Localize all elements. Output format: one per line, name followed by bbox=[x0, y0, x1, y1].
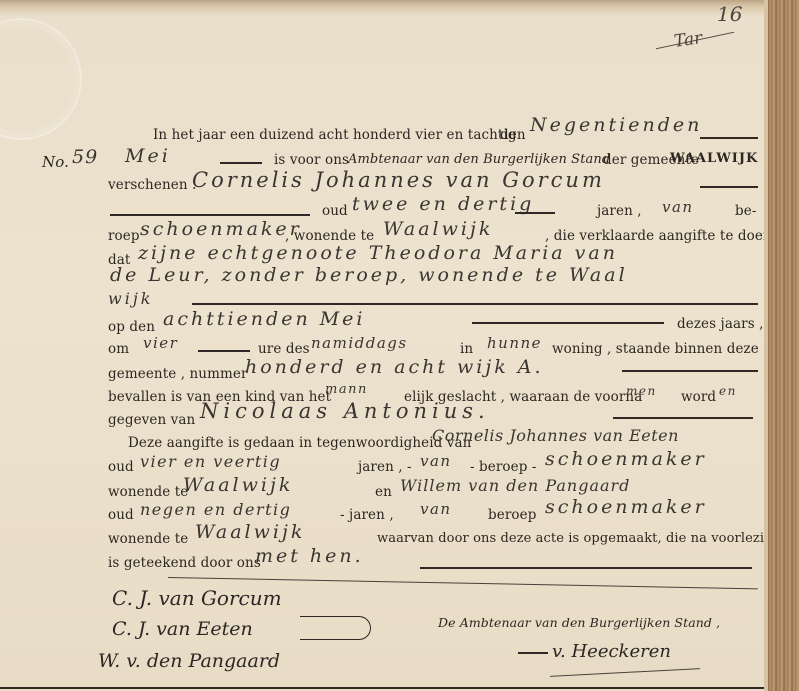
hand-witness1-profession: schoenmaker bbox=[545, 448, 707, 470]
fill-line bbox=[613, 417, 753, 419]
hand-witness2-name: Willem van den Pangaard bbox=[400, 476, 630, 495]
municipality-name: WAALWIJK bbox=[670, 151, 758, 166]
fill-line bbox=[622, 370, 758, 372]
hand-witness1-residence: Waalwijk bbox=[183, 474, 293, 496]
hand-voornamen-suffix: men bbox=[626, 384, 657, 398]
label-den: den bbox=[500, 127, 526, 143]
hand-hunne: hunne bbox=[487, 334, 542, 352]
printed-gegeven-van: gegeven van bbox=[108, 412, 195, 428]
fill-line bbox=[472, 322, 664, 324]
entry-number-label: No. bbox=[42, 153, 69, 171]
hand-month: Mei bbox=[125, 145, 171, 167]
hand-daypart: namiddags bbox=[311, 334, 408, 352]
printed-om: om bbox=[108, 341, 129, 357]
printed-beroep: beroep bbox=[488, 507, 536, 523]
hand-met-hen: met hen. bbox=[255, 545, 364, 567]
fill-line bbox=[198, 350, 250, 352]
fill-line bbox=[110, 214, 310, 216]
printed-oud: oud bbox=[108, 507, 134, 523]
hand-witness1-name: Cornelis Johannes van Eeten bbox=[432, 426, 679, 445]
printed-oud: oud bbox=[322, 203, 348, 219]
printed-en: en bbox=[375, 484, 392, 500]
embossed-seal-icon bbox=[0, 18, 82, 140]
printed-woning: woning , staande binnen deze bbox=[552, 341, 759, 357]
hand-house-number: honderd en acht wijk A. bbox=[245, 356, 544, 378]
hand-witness2-profession: schoenmaker bbox=[545, 496, 707, 518]
bottom-rule bbox=[0, 687, 764, 689]
preamble-year: In het jaar een duizend acht honderd vie… bbox=[153, 127, 517, 143]
official-signature-stroke bbox=[518, 652, 548, 654]
hand-declarant-profession: schoenmaker bbox=[140, 218, 302, 240]
hand-van: van bbox=[662, 198, 694, 216]
printed-in: in bbox=[460, 341, 473, 357]
hand-child-names: Nicolaas Antonius. bbox=[200, 399, 490, 423]
signature-declarant: C. J. van Gorcum bbox=[112, 586, 282, 610]
printed-dezes-jaars: dezes jaars , bbox=[677, 316, 764, 332]
signature-flourish bbox=[300, 616, 371, 640]
fill-line bbox=[700, 137, 758, 139]
register-page: 16 Tar In het jaar een duizend acht hond… bbox=[0, 0, 764, 691]
fill-line bbox=[220, 162, 262, 164]
hand-van: van bbox=[420, 500, 452, 518]
hand-declarant-name: Cornelis Johannes van Gorcum bbox=[192, 168, 605, 192]
hand-witness1-age: vier en veertig bbox=[140, 452, 281, 471]
printed-be: be- bbox=[735, 203, 757, 219]
signature-witness2: W. v. den Pangaard bbox=[98, 650, 280, 672]
printed-jaren: jaren , - bbox=[358, 459, 412, 475]
fill-line bbox=[700, 186, 758, 188]
official-title: De Ambtenaar van den Burgerlijken Stand … bbox=[438, 615, 720, 630]
fill-line bbox=[515, 212, 555, 214]
hand-worden-suffix: en bbox=[719, 384, 737, 398]
hand-declarant-age: twee en dertig bbox=[352, 193, 534, 215]
hand-witness2-age: negen en dertig bbox=[140, 500, 291, 519]
printed-waarvan: waarvan door ons deze acte is opgemaakt,… bbox=[377, 531, 781, 546]
printed-oud: oud bbox=[108, 459, 134, 475]
printed-is-voor-ons: is voor ons bbox=[274, 152, 349, 168]
hand-van: van bbox=[420, 452, 452, 470]
printed-gemeente-nummer: gemeente , nummer bbox=[108, 366, 248, 382]
fill-line bbox=[192, 303, 758, 305]
book-page-edges bbox=[764, 0, 799, 691]
hand-day-of-declaration: Negentienden bbox=[530, 114, 702, 136]
printed-verschenen: verschenen : bbox=[108, 177, 197, 193]
folio-number: 16 bbox=[717, 2, 742, 26]
hand-birth-date: achttienden Mei bbox=[163, 308, 366, 330]
hand-witness2-residence: Waalwijk bbox=[195, 521, 305, 543]
hand-mother-line3: wijk bbox=[108, 289, 153, 308]
printed-roep: roep bbox=[108, 228, 140, 244]
printed-aangifte-gedaan: Deze aangifte is gedaan in tegenwoordigh… bbox=[128, 435, 471, 451]
printed-ure-des: ure des bbox=[258, 341, 310, 357]
hand-sex-part1: mann bbox=[325, 382, 368, 397]
hand-mother-line2: de Leur, zonder beroep, wonende te Waal bbox=[110, 264, 628, 286]
printed-wonende-te: wonende te bbox=[108, 531, 188, 547]
hand-birth-hour: vier bbox=[143, 334, 178, 352]
fill-line bbox=[420, 567, 752, 569]
official-signature-underline bbox=[550, 668, 700, 677]
printed-jaren: jaren , bbox=[597, 203, 642, 219]
printed-geteekend: is geteekend door ons bbox=[108, 555, 261, 571]
printed-word: word bbox=[681, 389, 716, 405]
printed-beroep: - beroep - bbox=[470, 459, 537, 475]
printed-jaren: - jaren , bbox=[340, 507, 394, 523]
signature-witness1: C. J. van Eeten bbox=[112, 618, 253, 640]
printed-op-den: op den bbox=[108, 319, 155, 335]
signature-official: v. Heeckeren bbox=[552, 641, 671, 662]
printed-wonende-te: wonende te bbox=[108, 484, 188, 500]
hand-declarant-residence: Waalwijk bbox=[383, 218, 493, 240]
hand-mother-line1: zijne echtgenoote Theodora Maria van bbox=[138, 242, 618, 264]
printed-official-title: Ambtenaar van den Burgerlijken Stand bbox=[348, 152, 610, 167]
entry-number: 59 bbox=[72, 146, 98, 168]
